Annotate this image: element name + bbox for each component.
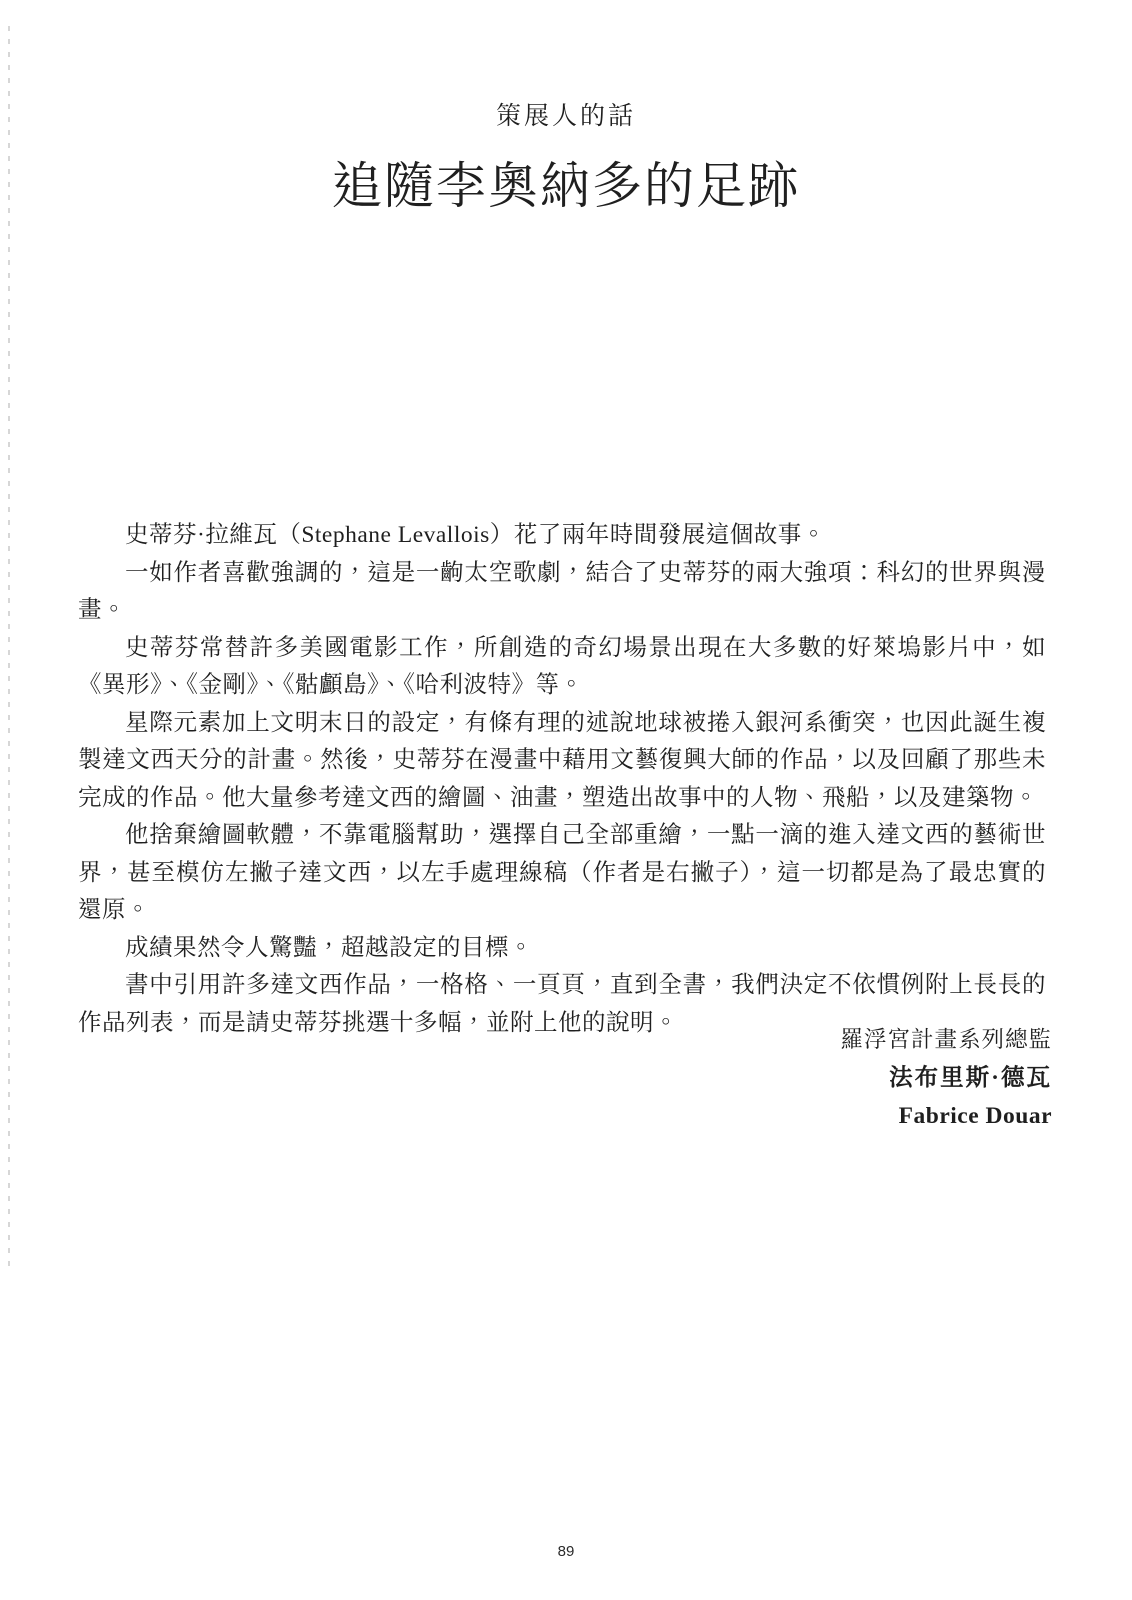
body-text: 史蒂芬·拉維瓦（Stephane Levallois）花了兩年時間發展這個故事。… bbox=[78, 517, 1046, 1042]
paragraph: 星際元素加上文明末日的設定，有條有理的述說地球被捲入銀河系衝突，也因此誕生複製達… bbox=[78, 705, 1046, 818]
section-kicker: 策展人的話 bbox=[0, 96, 1132, 132]
paragraph: 他捨棄繪圖軟體，不靠電腦幫助，選擇自己全部重繪，一點一滴的進入達文西的藝術世界，… bbox=[78, 817, 1046, 930]
paragraph: 史蒂芬·拉維瓦（Stephane Levallois）花了兩年時間發展這個故事。 bbox=[78, 517, 1046, 555]
signature-name-zh: 法布里斯·德瓦 bbox=[840, 1059, 1052, 1097]
paragraph: 成績果然令人驚豔，超越設定的目標。 bbox=[78, 930, 1046, 968]
paragraph: 一如作者喜歡強調的，這是一齣太空歌劇，結合了史蒂芬的兩大強項：科幻的世界與漫畫。 bbox=[78, 555, 1046, 630]
paragraph: 史蒂芬常替許多美國電影工作，所創造的奇幻場景出現在大多數的好萊塢影片中，如《異形… bbox=[78, 630, 1046, 705]
page-number: 89 bbox=[0, 1543, 1132, 1560]
signature-name-en: Fabrice Douar bbox=[840, 1097, 1052, 1135]
book-page: 策展人的話 追隨李奧納多的足跡 史蒂芬·拉維瓦（Stephane Levallo… bbox=[0, 0, 1132, 1600]
signature-block: 羅浮宮計畫系列總監 法布里斯·德瓦 Fabrice Douar bbox=[840, 1021, 1052, 1135]
signature-role: 羅浮宮計畫系列總監 bbox=[840, 1021, 1052, 1059]
page-title: 追隨李奧納多的足跡 bbox=[0, 146, 1132, 218]
